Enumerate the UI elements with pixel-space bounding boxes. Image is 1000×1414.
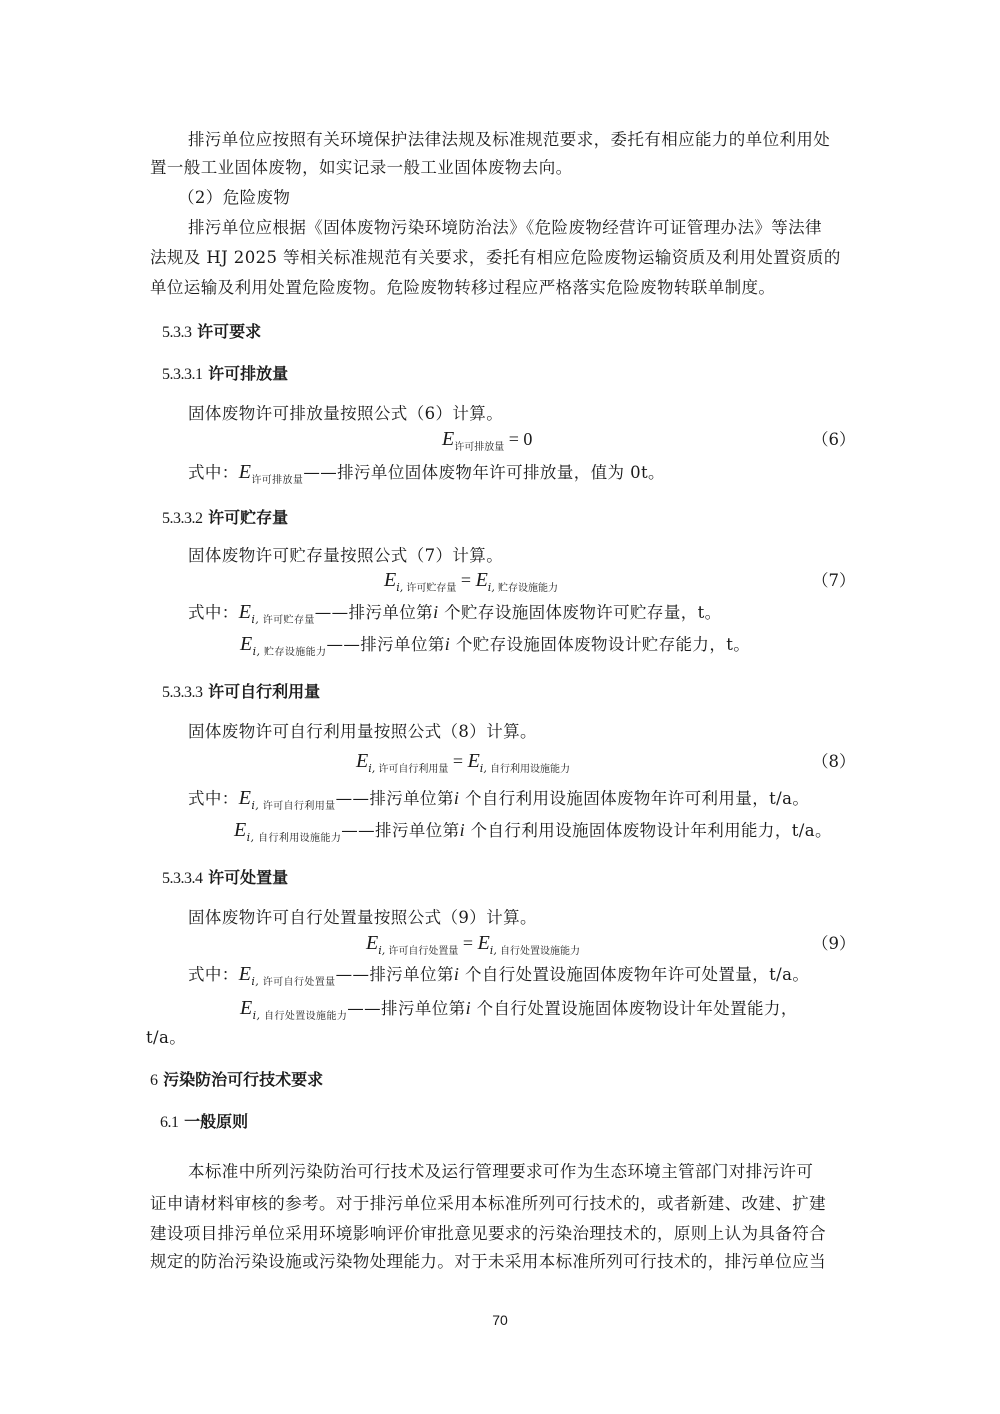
paragraph-line: 固体废物许可排放量按照公式（6）计算。 [188,402,888,426]
subscript: 许可贮存量 [263,615,315,626]
definition-text: ——排污单位第 [347,999,465,1018]
where-clause: 式中：Ei, 许可自行利用量——排污单位第i 个自行利用设施固体废物年许可利用量… [188,786,888,819]
subscript: 自行处置设施能力 [500,946,580,957]
definition-text: 个自行利用设施固体废物设计年利用能力，t/a。 [471,821,832,840]
variable-E: E [476,569,488,591]
section-number: 5.3.3.3 [162,684,203,701]
section-heading-5-3-3-3: 5.3.3.3 许可自行利用量 [162,680,320,705]
index-i: i, [396,581,403,594]
where-label: 式中： [188,965,239,984]
paragraph-line: 法规及 HJ 2025 等相关标准规范有关要求，委托有相应危险废物运输资质及利用… [150,246,850,270]
index-i: i [433,602,438,622]
section-heading-5-3-3-4: 5.3.3.4 许可处置量 [162,866,288,891]
variable-E: E [356,750,368,772]
definition-text: 个贮存设施固体废物许可贮存量，t。 [444,603,721,622]
equation-number: （7） [812,569,856,593]
section-title: 一般原则 [184,1112,248,1131]
equation-6: E许可排放量 = 0 [442,426,532,461]
variable-E: E [240,997,253,1019]
index-i: i, [368,762,375,775]
page-number: 70 [0,1312,1000,1328]
index-i: i, [251,799,259,812]
subscript: 贮存设施能力 [498,583,558,594]
paragraph-line: 固体废物许可自行处置量按照公式（9）计算。 [188,906,888,930]
section-number: 6.1 [160,1114,179,1131]
variable-E: E [239,963,252,985]
equation-9: Ei, 许可自行处置量 = Ei, 自行处置设施能力 [366,930,580,965]
subscript: 许可排放量 [454,442,504,453]
index-i: i, [253,1009,261,1022]
equation-rhs: = 0 [509,429,533,449]
equation-number: （9） [812,932,856,956]
paragraph-line: 固体废物许可贮存量按照公式（7）计算。 [188,544,888,568]
index-i: i, [378,944,385,957]
section-number: 5.3.3.2 [162,510,203,527]
paragraph-line: 排污单位应按照有关环境保护法律法规及标准规范要求，委托有相应能力的单位利用处 [188,128,888,152]
paragraph-line: 固体废物许可自行利用量按照公式（8）计算。 [188,720,888,744]
section-heading-6-1: 6.1 一般原则 [160,1110,248,1135]
section-title: 许可处置量 [208,868,288,887]
index-i: i, [488,581,495,594]
equation-7: Ei, 许可贮存量 = Ei, 贮存设施能力 [384,567,558,602]
paragraph-line: 建设项目排污单位采用环境影响评价审批意见要求的污染治理技术的，原则上认为具备符合 [150,1222,850,1246]
paragraph-line: 单位运输及利用处置危险废物。危险废物转移过程应严格落实危险废物转联单制度。 [150,276,850,300]
definition-text: 个贮存设施固体废物设计贮存能力，t。 [456,635,750,654]
subscript: 许可排放量 [251,475,303,486]
where-label: 式中： [188,463,239,482]
section-title: 许可贮存量 [208,508,288,527]
variable-E: E [442,428,454,450]
section-title: 污染防治可行技术要求 [163,1070,323,1089]
definition-text: ——排污单位第 [315,603,433,622]
section-heading-5-3-3: 5.3.3 许可要求 [162,320,261,345]
subscript: 许可贮存量 [406,583,456,594]
where-label: 式中： [188,789,239,808]
section-number: 5.3.3.4 [162,870,203,887]
equation-8: Ei, 许可自行利用量 = Ei, 自行利用设施能力 [356,748,570,783]
subscript: 许可自行处置量 [388,946,458,957]
index-i: i, [480,762,487,775]
paragraph-line: 置一般工业固体废物，如实记录一般工业固体废物去向。 [150,156,850,180]
section-number: 6 [150,1072,158,1089]
equation-number: （6） [812,428,856,452]
variable-E: E [366,932,378,954]
index-i: i, [251,975,259,988]
index-i: i, [247,831,255,844]
section-title: 许可排放量 [208,364,288,383]
section-number: 5.3.3 [162,324,192,341]
where-clause: 式中：Ei, 许可自行处置量——排污单位第i 个自行处置设施固体废物年许可处置量… [188,962,888,995]
definition-text: 个自行处置设施固体废物设计年处置能力， [477,999,798,1018]
subscript: 贮存设施能力 [264,647,326,658]
document-page: 排污单位应按照有关环境保护法律法规及标准规范要求，委托有相应能力的单位利用处 置… [0,0,1000,1414]
index-i: i, [490,944,497,957]
section-title: 许可要求 [197,322,261,341]
paragraph-line: t/a。 [146,1026,846,1050]
definition-text: ——排污单位第 [326,635,444,654]
definition-text: ——排污单位第 [336,789,454,808]
variable-E: E [239,601,252,623]
index-i: i [460,820,465,840]
subscript: 自行利用设施能力 [258,833,341,844]
section-heading-5-3-3-2: 5.3.3.2 许可贮存量 [162,506,288,531]
subscript: 自行利用设施能力 [490,764,570,775]
variable-E: E [384,569,396,591]
index-i: i [466,998,471,1018]
subscript: 许可自行利用量 [378,764,448,775]
variable-E: E [468,750,480,772]
variable-E: E [239,461,252,483]
index-i: i [445,634,450,654]
where-clause: 式中：E许可排放量——排污单位固体废物年许可排放量，值为 0t。 [188,460,888,493]
index-i: i, [251,613,259,626]
paragraph-line: 本标准中所列污染防治可行技术及运行管理要求可作为生态环境主管部门对排污许可 [188,1160,888,1184]
definition-text: ——排污单位第 [341,821,459,840]
where-clause: Ei, 贮存设施能力——排污单位第i 个贮存设施固体废物设计贮存能力，t。 [240,632,940,665]
index-i: i [454,788,459,808]
section-title: 许可自行利用量 [208,682,320,701]
definition-text: 个自行处置设施固体废物年许可处置量，t/a。 [465,965,809,984]
section-heading-6: 6 污染防治可行技术要求 [150,1068,323,1093]
index-i: i, [253,645,261,658]
subscript: 许可自行处置量 [263,977,336,988]
paragraph-line: 规定的防治污染设施或污染物处理能力。对于未采用本标准所列可行技术的，排污单位应当 [150,1250,850,1274]
where-clause: Ei, 自行利用设施能力——排污单位第i 个自行利用设施固体废物设计年利用能力，… [234,818,934,851]
definition-text: ——排污单位第 [336,965,454,984]
section-number: 5.3.3.1 [162,366,203,383]
subscript: 许可自行利用量 [263,801,336,812]
definition-text: 个自行利用设施固体废物年许可利用量，t/a。 [465,789,809,808]
definition-text: ——排污单位固体废物年许可排放量，值为 0t。 [303,463,665,482]
paragraph-line: 排污单位应根据《固体废物污染环境防治法》《危险废物经营许可证管理办法》等法律 [188,216,888,240]
variable-E: E [478,932,490,954]
index-i: i [454,964,459,984]
variable-E: E [240,633,253,655]
section-heading-5-3-3-1: 5.3.3.1 许可排放量 [162,362,288,387]
where-clause: 式中：Ei, 许可贮存量——排污单位第i 个贮存设施固体废物许可贮存量，t。 [188,600,888,633]
list-item-heading: （2）危险废物 [178,186,878,210]
paragraph-line: 证申请材料审核的参考。对于排污单位采用本标准所列可行技术的，或者新建、改建、扩建 [150,1192,850,1216]
where-clause: Ei, 自行处置设施能力——排污单位第i 个自行处置设施固体废物设计年处置能力， [240,996,940,1029]
where-label: 式中： [188,603,239,622]
variable-E: E [234,819,247,841]
variable-E: E [239,787,252,809]
subscript: 自行处置设施能力 [264,1011,347,1022]
equation-number: （8） [812,750,856,774]
